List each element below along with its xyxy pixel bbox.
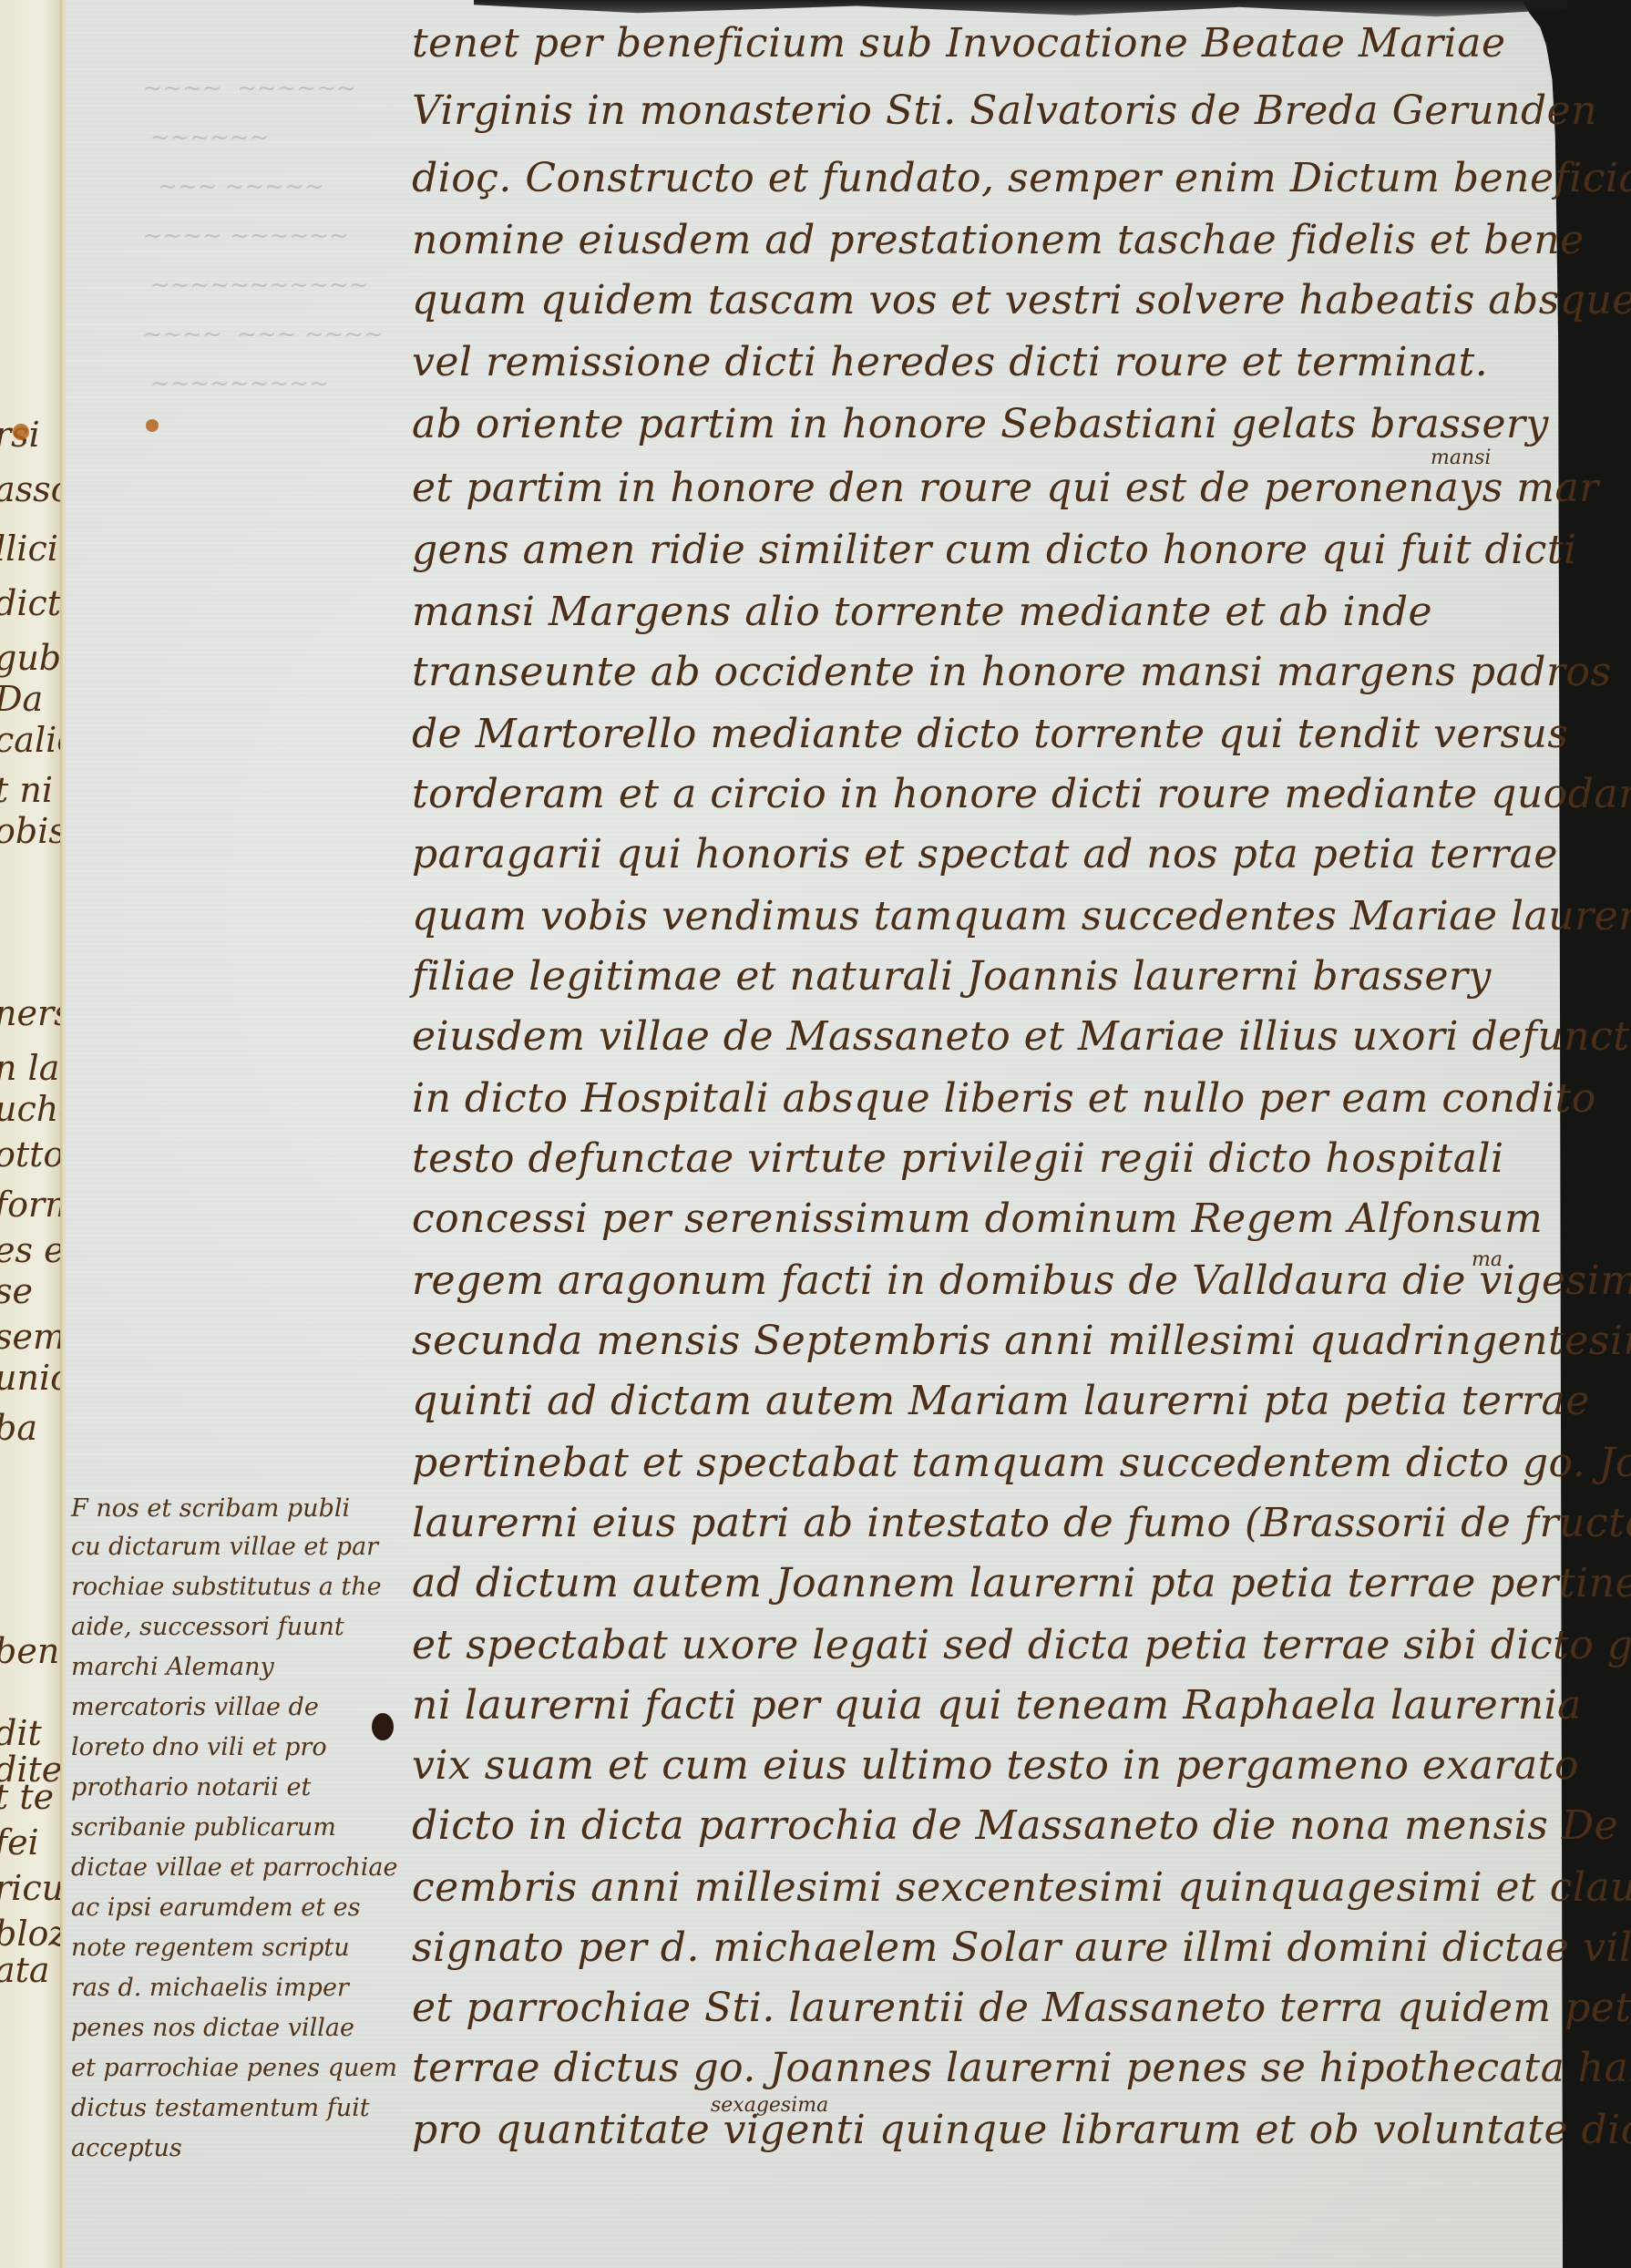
text-line: regem aragonum facti in domibus de Valld… — [412, 1257, 1631, 1304]
show-through-text: ~~~~ ~~~~~~ ~~~~~~ ~~~ ~~~~~ ~~~~ ~~~~~~… — [128, 64, 401, 408]
facing-line: dicta — [0, 583, 62, 623]
margin-note-line: scribanie publicarum — [71, 1813, 336, 1842]
text-line: concessi per serenissimum dominum Regem … — [412, 1196, 1543, 1242]
margin-note-line: ras d. michaelis imper — [71, 1974, 349, 2002]
margin-note-line: cu dictarum villae et par — [71, 1533, 378, 1561]
text-line: quinti ad dictam autem Mariam laurerni p… — [412, 1378, 1590, 1424]
text-line: dicto in dicta parrochia de Massaneto di… — [412, 1802, 1618, 1849]
text-line: et partim in honore den roure qui est de… — [412, 465, 1599, 511]
facing-line: calio — [0, 720, 62, 760]
text-line: ad dictum autem Joannem laurerni pta pet… — [412, 1560, 1631, 1606]
facing-line: t te — [0, 1777, 54, 1817]
facing-line: uchol — [0, 1089, 62, 1129]
margin-note-line: ac ipsi earumdem et es — [71, 1893, 360, 1922]
facing-line: assol — [0, 469, 62, 509]
margin-note-line: loreto dno vili et pro — [71, 1733, 327, 1761]
text-line: nomine eiusdem ad prestationem taschae f… — [412, 217, 1585, 263]
facing-line: es et — [0, 1230, 62, 1270]
text-line: filiae legitimae et naturali Joannis lau… — [412, 953, 1492, 1000]
text-line: terrae dictus go. Joannes laurerni penes… — [412, 2045, 1631, 2091]
stain-spot — [146, 419, 159, 432]
margin-note-line: F nos et scribam publi — [71, 1494, 350, 1523]
margin-note-line: prothario notarii et — [71, 1773, 311, 1801]
ink-blot — [372, 1713, 394, 1740]
text-line: pertinebat et spectabat tamquam succeden… — [412, 1440, 1631, 1486]
facing-line: bloz — [0, 1914, 62, 1954]
facing-line: otto — [0, 1134, 62, 1175]
facing-line: llici — [0, 529, 58, 569]
facing-line: nersa — [0, 993, 62, 1033]
text-line: in dicto Hospitali absque liberis et nul… — [412, 1075, 1596, 1122]
text-line: eiusdem villae de Massaneto et Mariae il… — [412, 1013, 1631, 1060]
facing-line: t ni — [0, 770, 53, 810]
facing-line: form — [0, 1185, 62, 1225]
text-line: testo defunctae virtute privilegii regii… — [412, 1135, 1504, 1182]
text-line: quam quidem tascam vos et vestri solvere… — [412, 277, 1631, 323]
facing-line: ricul — [0, 1868, 62, 1908]
text-line: ni laurerni facti per quia qui teneam Ra… — [412, 1682, 1582, 1729]
text-line: mansi Margens alio torrente mediante et … — [412, 589, 1432, 635]
text-line: vix suam et cum eius ultimo testo in per… — [412, 1742, 1579, 1789]
text-line: de Martorello mediante dicto torrente qu… — [412, 711, 1568, 757]
facing-line: obis — [0, 811, 62, 851]
facing-line: n la — [0, 1048, 59, 1088]
text-line: gens amen ridie similiter cum dicto hono… — [412, 527, 1577, 573]
text-line: laurerni eius patri ab intestato de fumo… — [412, 1500, 1631, 1546]
text-line: pro quantitate vigenti quinque librarum … — [412, 2107, 1631, 2153]
text-line: transeunte ab occidente in honore mansi … — [412, 649, 1612, 695]
margin-note-line: et parrochiae penes quem — [71, 2054, 397, 2082]
text-line: quam vobis vendimus tamquam succedentes … — [412, 893, 1631, 939]
text-line: ab oriente partim in honore Sebastiani g… — [412, 401, 1549, 447]
facing-line: Da — [0, 679, 43, 719]
text-line: paragarii qui honoris et spectat ad nos … — [412, 831, 1558, 877]
margin-note-line: aide, successori fuunt — [71, 1613, 344, 1641]
text-line: et spectabat uxore legati sed dicta peti… — [412, 1622, 1631, 1668]
text-line: signato per d. michaelem Solar aure illm… — [412, 1924, 1631, 1971]
margin-note-line: acceptus — [71, 2134, 182, 2162]
margin-note-line: dictus testamentum fuit — [71, 2094, 370, 2122]
facing-line: ba — [0, 1408, 37, 1448]
margin-note-line: rochiae substitutus a the — [71, 1573, 382, 1601]
margin-note-line: mercatoris villae de — [71, 1693, 319, 1721]
facing-page-fragment: rsi assol llici dicta guber Da calio t n… — [0, 0, 62, 2268]
stain-spot — [13, 424, 29, 440]
text-line: tenet per beneficium sub Invocatione Bea… — [412, 20, 1506, 67]
text-line: cembris anni millesimi sexcentesimi quin… — [412, 1864, 1631, 1911]
text-line: Virginis in monasterio Sti. Salvatoris d… — [412, 87, 1597, 134]
facing-line: unio — [0, 1358, 62, 1398]
facing-line: se — [0, 1271, 33, 1311]
facing-line: dit — [0, 1713, 42, 1753]
text-line: et parrochiae Sti. laurentii de Massanet… — [412, 1985, 1631, 2031]
text-line: vel remissione dicti heredes dicti roure… — [412, 339, 1488, 385]
margin-note-line: note regentem scriptu — [71, 1934, 350, 1962]
margin-note-line: dictae villae et parrochiae — [71, 1853, 397, 1882]
facing-line: benu — [0, 1631, 62, 1671]
facing-line: ata — [0, 1950, 50, 1990]
facing-line: guber — [0, 638, 62, 678]
text-line: dioç. Constructo et fundato, semper enim… — [412, 155, 1631, 201]
text-line: torderam et a circio in honore dicti rou… — [412, 771, 1631, 817]
facing-line: sem — [0, 1317, 62, 1357]
margin-note-line: marchi Alemany — [71, 1653, 274, 1681]
text-line: secunda mensis Septembris anni millesimi… — [412, 1318, 1631, 1364]
margin-note-line: penes nos dictae villae — [71, 2014, 354, 2042]
facing-line: fei — [0, 1822, 39, 1863]
